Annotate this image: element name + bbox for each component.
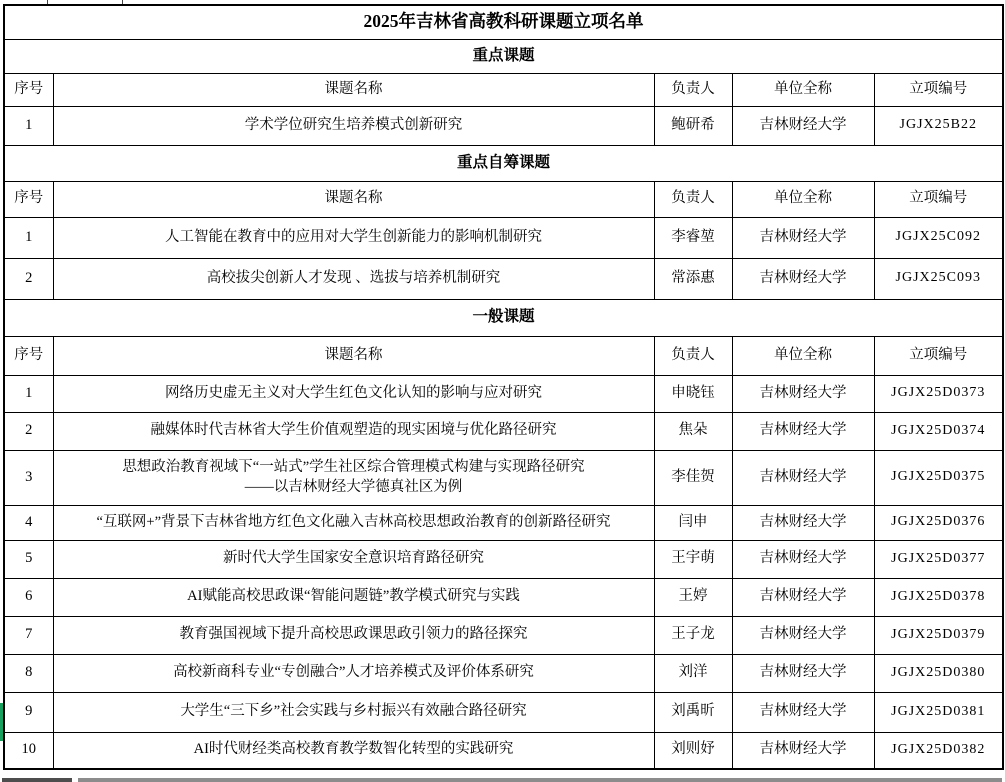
column-header-row: 序号 课题名称 负责人 单位全称 立项编号 <box>4 181 1003 217</box>
col-header-index: 序号 <box>4 73 53 106</box>
col-header-code: 立项编号 <box>874 181 1003 217</box>
cell-index: 6 <box>4 578 53 616</box>
cell-leader: 常添惠 <box>654 258 732 299</box>
cell-org: 吉林财经大学 <box>732 692 874 732</box>
cell-code: JGJX25D0382 <box>874 732 1003 769</box>
table-row: 2 融媒体时代吉林省大学生价值观塑造的现实困境与优化路径研究 焦朵 吉林财经大学… <box>4 412 1003 450</box>
cell-code: JGJX25B22 <box>874 106 1003 145</box>
cell-code: JGJX25D0377 <box>874 540 1003 578</box>
cell-topic: 新时代大学生国家安全意识培育路径研究 <box>53 540 654 578</box>
cell-code: JGJX25D0380 <box>874 654 1003 692</box>
cell-leader: 李睿堃 <box>654 217 732 258</box>
col-header-leader: 负责人 <box>654 336 732 375</box>
cell-topic: 融媒体时代吉林省大学生价值观塑造的现实困境与优化路径研究 <box>53 412 654 450</box>
document-page: 2025年吉林省高教科研课题立项名单 重点课题 序号 课题名称 负责人 单位全称… <box>0 0 1005 782</box>
table-row: 7 教育强国视域下提升高校思政课思政引领力的路径探究 王子龙 吉林财经大学 JG… <box>4 616 1003 654</box>
cell-leader: 王婷 <box>654 578 732 616</box>
cut-off-row-fragment-light <box>78 778 1002 782</box>
col-header-index: 序号 <box>4 336 53 375</box>
cell-code: JGJX25D0379 <box>874 616 1003 654</box>
cell-code: JGJX25D0376 <box>874 505 1003 540</box>
cell-leader: 王子龙 <box>654 616 732 654</box>
cell-index: 1 <box>4 375 53 412</box>
cut-off-row-fragment-dark <box>2 778 72 782</box>
table-row: 3 思想政治教育视域下“一站式”学生社区综合管理模式构建与实现路径研究 ——以吉… <box>4 450 1003 505</box>
cell-topic: “互联网+”背景下吉林省地方红色文化融入吉林高校思想政治教育的创新路径研究 <box>53 505 654 540</box>
col-header-name: 课题名称 <box>53 181 654 217</box>
cell-topic: 思想政治教育视域下“一站式”学生社区综合管理模式构建与实现路径研究 ——以吉林财… <box>53 450 654 505</box>
cell-index: 2 <box>4 258 53 299</box>
cell-index: 1 <box>4 217 53 258</box>
section-header-general: 一般课题 <box>4 299 1003 336</box>
cell-topic: 网络历史虚无主义对大学生红色文化认知的影响与应对研究 <box>53 375 654 412</box>
col-header-name: 课题名称 <box>53 336 654 375</box>
cell-org: 吉林财经大学 <box>732 450 874 505</box>
project-approval-table: 2025年吉林省高教科研课题立项名单 重点课题 序号 课题名称 负责人 单位全称… <box>3 4 1004 770</box>
cell-topic: 教育强国视域下提升高校思政课思政引领力的路径探究 <box>53 616 654 654</box>
cell-index: 8 <box>4 654 53 692</box>
cell-index: 1 <box>4 106 53 145</box>
cut-off-gridline <box>122 0 123 4</box>
cell-topic: 人工智能在教育中的应用对大学生创新能力的影响机制研究 <box>53 217 654 258</box>
cell-org: 吉林财经大学 <box>732 540 874 578</box>
cell-org: 吉林财经大学 <box>732 616 874 654</box>
section-header-key-self-funded: 重点自筹课题 <box>4 145 1003 181</box>
cell-code: JGJX25C092 <box>874 217 1003 258</box>
col-header-code: 立项编号 <box>874 73 1003 106</box>
table-row: 1 网络历史虚无主义对大学生红色文化认知的影响与应对研究 申晓钰 吉林财经大学 … <box>4 375 1003 412</box>
cell-leader: 刘则妤 <box>654 732 732 769</box>
cell-org: 吉林财经大学 <box>732 106 874 145</box>
col-header-code: 立项编号 <box>874 336 1003 375</box>
col-header-name: 课题名称 <box>53 73 654 106</box>
cell-index: 2 <box>4 412 53 450</box>
table-row: 10 AI时代财经类高校教育教学数智化转型的实践研究 刘则妤 吉林财经大学 JG… <box>4 732 1003 769</box>
cell-topic: 学术学位研究生培养模式创新研究 <box>53 106 654 145</box>
col-header-org: 单位全称 <box>732 181 874 217</box>
row-selection-marker <box>0 703 3 741</box>
section-header-key-projects: 重点课题 <box>4 39 1003 73</box>
col-header-index: 序号 <box>4 181 53 217</box>
cell-org: 吉林财经大学 <box>732 258 874 299</box>
cell-code: JGJX25D0374 <box>874 412 1003 450</box>
table-row: 9 大学生“三下乡”社会实践与乡村振兴有效融合路径研究 刘禹昕 吉林财经大学 J… <box>4 692 1003 732</box>
cell-org: 吉林财经大学 <box>732 505 874 540</box>
cell-org: 吉林财经大学 <box>732 578 874 616</box>
cell-index: 5 <box>4 540 53 578</box>
cell-org: 吉林财经大学 <box>732 217 874 258</box>
cell-code: JGJX25D0375 <box>874 450 1003 505</box>
cell-leader: 刘洋 <box>654 654 732 692</box>
cell-index: 10 <box>4 732 53 769</box>
col-header-leader: 负责人 <box>654 73 732 106</box>
cell-code: JGJX25C093 <box>874 258 1003 299</box>
cell-org: 吉林财经大学 <box>732 412 874 450</box>
cell-topic: AI时代财经类高校教育教学数智化转型的实践研究 <box>53 732 654 769</box>
table-row: 1 学术学位研究生培养模式创新研究 鲍研希 吉林财经大学 JGJX25B22 <box>4 106 1003 145</box>
cell-leader: 王宇萌 <box>654 540 732 578</box>
cell-topic: 高校拔尖创新人才发现 、选拔与培养机制研究 <box>53 258 654 299</box>
table-row: 1 人工智能在教育中的应用对大学生创新能力的影响机制研究 李睿堃 吉林财经大学 … <box>4 217 1003 258</box>
cell-code: JGJX25D0381 <box>874 692 1003 732</box>
column-header-row: 序号 课题名称 负责人 单位全称 立项编号 <box>4 73 1003 106</box>
cell-leader: 刘禹昕 <box>654 692 732 732</box>
cell-org: 吉林财经大学 <box>732 654 874 692</box>
table-row: 4 “互联网+”背景下吉林省地方红色文化融入吉林高校思想政治教育的创新路径研究 … <box>4 505 1003 540</box>
cell-org: 吉林财经大学 <box>732 375 874 412</box>
cell-org: 吉林财经大学 <box>732 732 874 769</box>
table-row: 2 高校拔尖创新人才发现 、选拔与培养机制研究 常添惠 吉林财经大学 JGJX2… <box>4 258 1003 299</box>
col-header-org: 单位全称 <box>732 336 874 375</box>
table-row: 5 新时代大学生国家安全意识培育路径研究 王宇萌 吉林财经大学 JGJX25D0… <box>4 540 1003 578</box>
table-row: 6 AI赋能高校思政课“智能问题链”教学模式研究与实践 王婷 吉林财经大学 JG… <box>4 578 1003 616</box>
cell-index: 9 <box>4 692 53 732</box>
cell-code: JGJX25D0378 <box>874 578 1003 616</box>
cell-topic: 大学生“三下乡”社会实践与乡村振兴有效融合路径研究 <box>53 692 654 732</box>
cell-leader: 申晓钰 <box>654 375 732 412</box>
cell-topic: AI赋能高校思政课“智能问题链”教学模式研究与实践 <box>53 578 654 616</box>
cell-leader: 鲍研希 <box>654 106 732 145</box>
cell-index: 7 <box>4 616 53 654</box>
col-header-org: 单位全称 <box>732 73 874 106</box>
cell-index: 3 <box>4 450 53 505</box>
cell-code: JGJX25D0373 <box>874 375 1003 412</box>
column-header-row: 序号 课题名称 负责人 单位全称 立项编号 <box>4 336 1003 375</box>
cut-off-gridline <box>47 0 48 4</box>
cell-topic: 高校新商科专业“专创融合”人才培养模式及评价体系研究 <box>53 654 654 692</box>
cell-leader: 焦朵 <box>654 412 732 450</box>
cell-leader: 李佳贺 <box>654 450 732 505</box>
page-title: 2025年吉林省高教科研课题立项名单 <box>4 5 1003 39</box>
col-header-leader: 负责人 <box>654 181 732 217</box>
table-row: 8 高校新商科专业“专创融合”人才培养模式及评价体系研究 刘洋 吉林财经大学 J… <box>4 654 1003 692</box>
cell-leader: 闫申 <box>654 505 732 540</box>
cell-index: 4 <box>4 505 53 540</box>
